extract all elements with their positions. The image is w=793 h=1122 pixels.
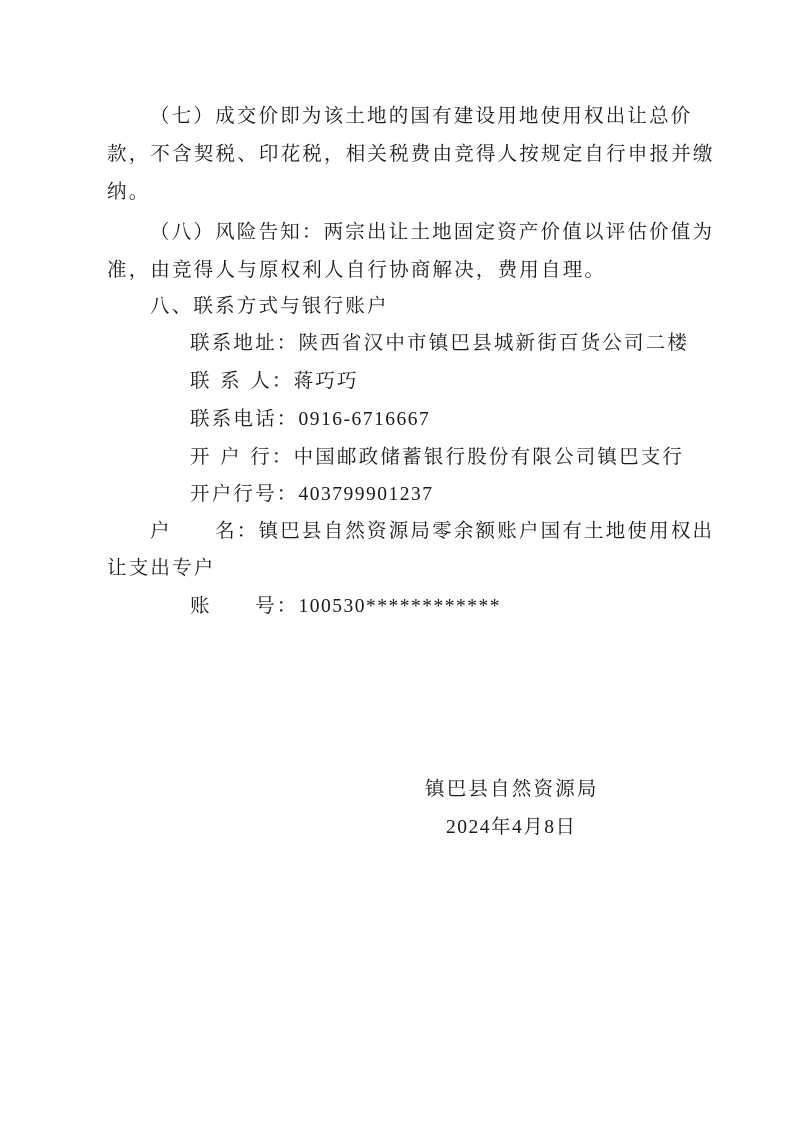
account-name-line-1: 户 名：镇巴县自然资源局零余额账户国有土地使用权出	[150, 519, 714, 543]
contact-bank: 开 户 行：中国邮政储蓄银行股份有限公司镇巴支行	[190, 445, 684, 469]
person-label: 联 系 人：	[190, 369, 294, 392]
item-7-line-3: 纳。	[107, 180, 150, 204]
signature-date: 2024年4月8日	[446, 816, 577, 840]
item-7-line-2: 款，不含契税、印花税，相关税费由竞得人按规定自行申报并缴	[107, 142, 715, 166]
contact-person: 联 系 人：蒋巧巧	[190, 369, 359, 393]
document-page: （七）成交价即为该土地的国有建设用地使用权出让总价 款，不含契税、印花税，相关税…	[0, 0, 793, 1122]
account-name-label: 户 名：	[150, 519, 259, 542]
bank-label: 开 户 行：	[190, 445, 294, 468]
signature-organization: 镇巴县自然资源局	[425, 777, 599, 801]
bank-number-value: 403799901237	[299, 484, 434, 505]
phone-value: 0916-6716667	[299, 409, 431, 430]
account-number-value: 100530************	[299, 596, 502, 617]
item-8-line-2: 准，由竞得人与原权利人自行协商解决，费用自理。	[107, 258, 606, 282]
address-label: 联系地址：	[190, 331, 299, 354]
account-number-label: 账 号：	[190, 594, 299, 617]
item-7-line-1: （七）成交价即为该土地的国有建设用地使用权出让总价	[150, 104, 693, 128]
account-name-line-2: 让支出专户	[107, 556, 216, 580]
bank-value: 中国邮政储蓄银行股份有限公司镇巴支行	[294, 445, 685, 468]
contact-address: 联系地址：陕西省汉中市镇巴县城新街百货公司二楼	[190, 331, 689, 355]
account-number: 账 号：100530************	[190, 594, 501, 619]
item-8-line-1: （八）风险告知：两宗出让土地固定资产价值以评估价值为	[150, 220, 714, 244]
contact-bank-number: 开户行号：403799901237	[190, 482, 434, 507]
address-value: 陕西省汉中市镇巴县城新街百货公司二楼	[299, 331, 690, 354]
person-value: 蒋巧巧	[294, 369, 359, 392]
contact-heading: 八、联系方式与银行账户	[150, 294, 389, 318]
account-name-value: 镇巴县自然资源局零余额账户国有土地使用权出	[259, 519, 715, 542]
bank-number-label: 开户行号：	[190, 482, 299, 505]
phone-label: 联系电话：	[190, 407, 299, 430]
contact-phone: 联系电话：0916-6716667	[190, 407, 430, 432]
